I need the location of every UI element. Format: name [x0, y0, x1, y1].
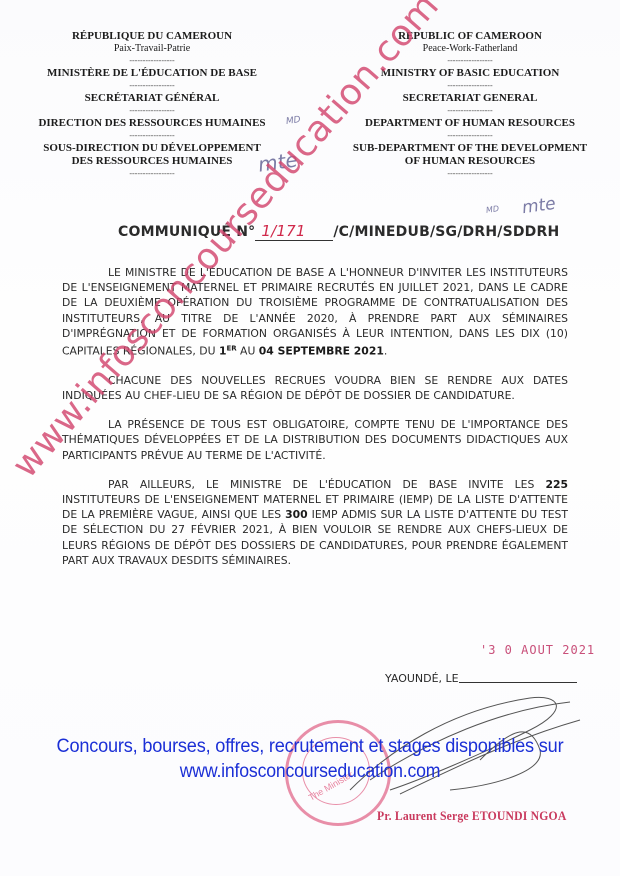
- handwritten-initials: mte: [521, 194, 557, 218]
- direction-en: DEPARTMENT OF HUMAN RESOURCES: [320, 117, 620, 130]
- separator: -----------------: [2, 105, 302, 116]
- separator: -----------------: [2, 130, 302, 141]
- communique-reference: /C/MINEDUB/SG/DRH/SDDRH: [333, 224, 559, 240]
- sub-direction-en-2: OF HUMAN RESOURCES: [320, 155, 620, 168]
- secretariat-fr: SECRÉTARIAT GÉNÉRAL: [2, 92, 302, 105]
- signatory-name: Pr. Laurent Serge ETOUNDI NGOA: [377, 808, 566, 824]
- date-stamp: '3 0 AOUT 2021: [480, 643, 595, 657]
- separator: -----------------: [2, 55, 302, 66]
- paragraph-attendance: LA PRÉSENCE DE TOUS EST OBLIGATOIRE, COM…: [62, 417, 568, 463]
- document-page: RÉPUBLIQUE DU CAMEROUN Paix-Travail-Patr…: [0, 0, 620, 876]
- country-name-fr: RÉPUBLIQUE DU CAMEROUN: [2, 30, 302, 43]
- paragraph-recruits: CHACUNE DES NOUVELLES RECRUES VOUDRA BIE…: [62, 373, 568, 403]
- motto-fr: Paix-Travail-Patrie: [2, 43, 302, 55]
- communique-number: 1/171: [255, 222, 333, 241]
- separator: -----------------: [2, 80, 302, 91]
- separator: -----------------: [320, 168, 620, 179]
- sub-direction-en-1: SUB-DEPARTMENT OF THE DEVELOPMENT: [320, 142, 620, 155]
- date-blank-line: [459, 682, 577, 683]
- country-name-en: REPUBLIC OF CAMEROON: [320, 30, 620, 43]
- place-date: YAOUNDÉ, LE: [385, 672, 577, 685]
- promo-line: Concours, bourses, offres, recrutement e…: [22, 735, 599, 758]
- handwritten-initials: MD: [485, 204, 499, 215]
- promo-link[interactable]: www.infosconcourseducation.com: [22, 761, 599, 783]
- paragraph-waiting-list: PAR AILLEURS, LE MINISTRE DE L'ÉDUCATION…: [62, 477, 568, 568]
- direction-fr: DIRECTION DES RESSOURCES HUMAINES: [2, 117, 302, 130]
- ministry-fr: MINISTÈRE DE L'ÉDUCATION DE BASE: [2, 67, 302, 80]
- place-label: YAOUNDÉ, LE: [385, 672, 459, 685]
- separator: -----------------: [320, 130, 620, 141]
- communique-title: COMMUNIQUÉ N°1/171/C/MINEDUB/SG/DRH/SDDR…: [118, 222, 559, 241]
